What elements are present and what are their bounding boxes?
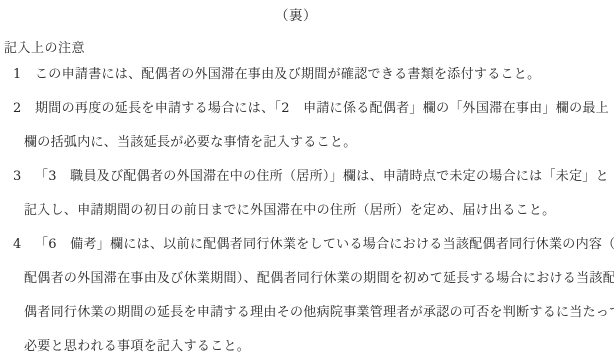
note-text-line: この申請書には、配偶者の外国滞在事由及び期間が確認できる書類を添付すること。 [35,67,540,82]
note-number: 2 [13,92,35,126]
note-line: 偶者同行休業の期間の延長を申請する理由その他病院事業管理者が承認の可否を判断する… [0,296,614,330]
note-number: 1 [13,58,35,92]
note-line: 配偶者の外国滞在事由及び休業期間）、配偶者同行休業の期間を初めて延長する場合にお… [0,262,614,296]
note-text-line: 必要と思われる事項を記入すること。 [24,339,250,354]
note-line: 必要と思われる事項を記入すること。 [0,330,614,360]
note-text-line: 偶者同行休業の期間の延長を申請する理由その他病院事業管理者が承認の可否を判断する… [24,305,614,320]
note-item-1: 1この申請書には、配偶者の外国滞在事由及び期間が確認できる書類を添付すること。 [0,58,614,92]
note-line: 4「6 備考」欄には、以前に配偶者同行休業をしている場合における当該配偶者同行休… [0,228,614,262]
page-side-label: （裏） [0,4,603,24]
note-line: 欄の括弧内に、当該延長が必要な事情を記入すること。 [0,126,614,160]
note-text-line: 配偶者の外国滞在事由及び休業期間）、配偶者同行休業の期間を初めて延長する場合にお… [24,271,614,286]
note-number: 3 [13,160,35,194]
note-line: 1この申請書には、配偶者の外国滞在事由及び期間が確認できる書類を添付すること。 [0,58,614,92]
note-item-4: 4「6 備考」欄には、以前に配偶者同行休業をしている場合における当該配偶者同行休… [0,228,614,360]
note-text-line: 記入し、申請期間の初日の前日までに外国滞在中の住所（居所）を定め、届け出ること。 [24,203,555,218]
note-text-line: 「3 職員及び配偶者の外国滞在中の住所（居所）」欄は、申請時点で未定の場合には「… [35,169,609,184]
document-page: （裏） 記入上の注意 1この申請書には、配偶者の外国滞在事由及び期間が確認できる… [0,0,614,360]
note-line: 記入し、申請期間の初日の前日までに外国滞在中の住所（居所）を定め、届け出ること。 [0,194,614,228]
note-number: 4 [13,228,35,262]
note-item-3: 3「3 職員及び配偶者の外国滞在中の住所（居所）」欄は、申請時点で未定の場合には… [0,160,614,228]
note-line: 2期間の再度の延長を申請する場合には、「2 申請に係る配偶者」欄の「外国滞在事由… [0,92,614,126]
notes-heading: 記入上の注意 [4,37,85,56]
note-item-2: 2期間の再度の延長を申請する場合には、「2 申請に係る配偶者」欄の「外国滞在事由… [0,92,614,160]
note-line: 3「3 職員及び配偶者の外国滞在中の住所（居所）」欄は、申請時点で未定の場合には… [0,160,614,194]
note-text-line: 欄の括弧内に、当該延長が必要な事情を記入すること。 [24,135,357,150]
note-text-line: 「6 備考」欄には、以前に配偶者同行休業をしている場合における当該配偶者同行休業… [35,237,614,252]
notes-list: 1この申請書には、配偶者の外国滞在事由及び期間が確認できる書類を添付すること。 … [0,58,614,360]
note-text-line: 期間の再度の延長を申請する場合には、「2 申請に係る配偶者」欄の「外国滞在事由」… [35,101,609,116]
